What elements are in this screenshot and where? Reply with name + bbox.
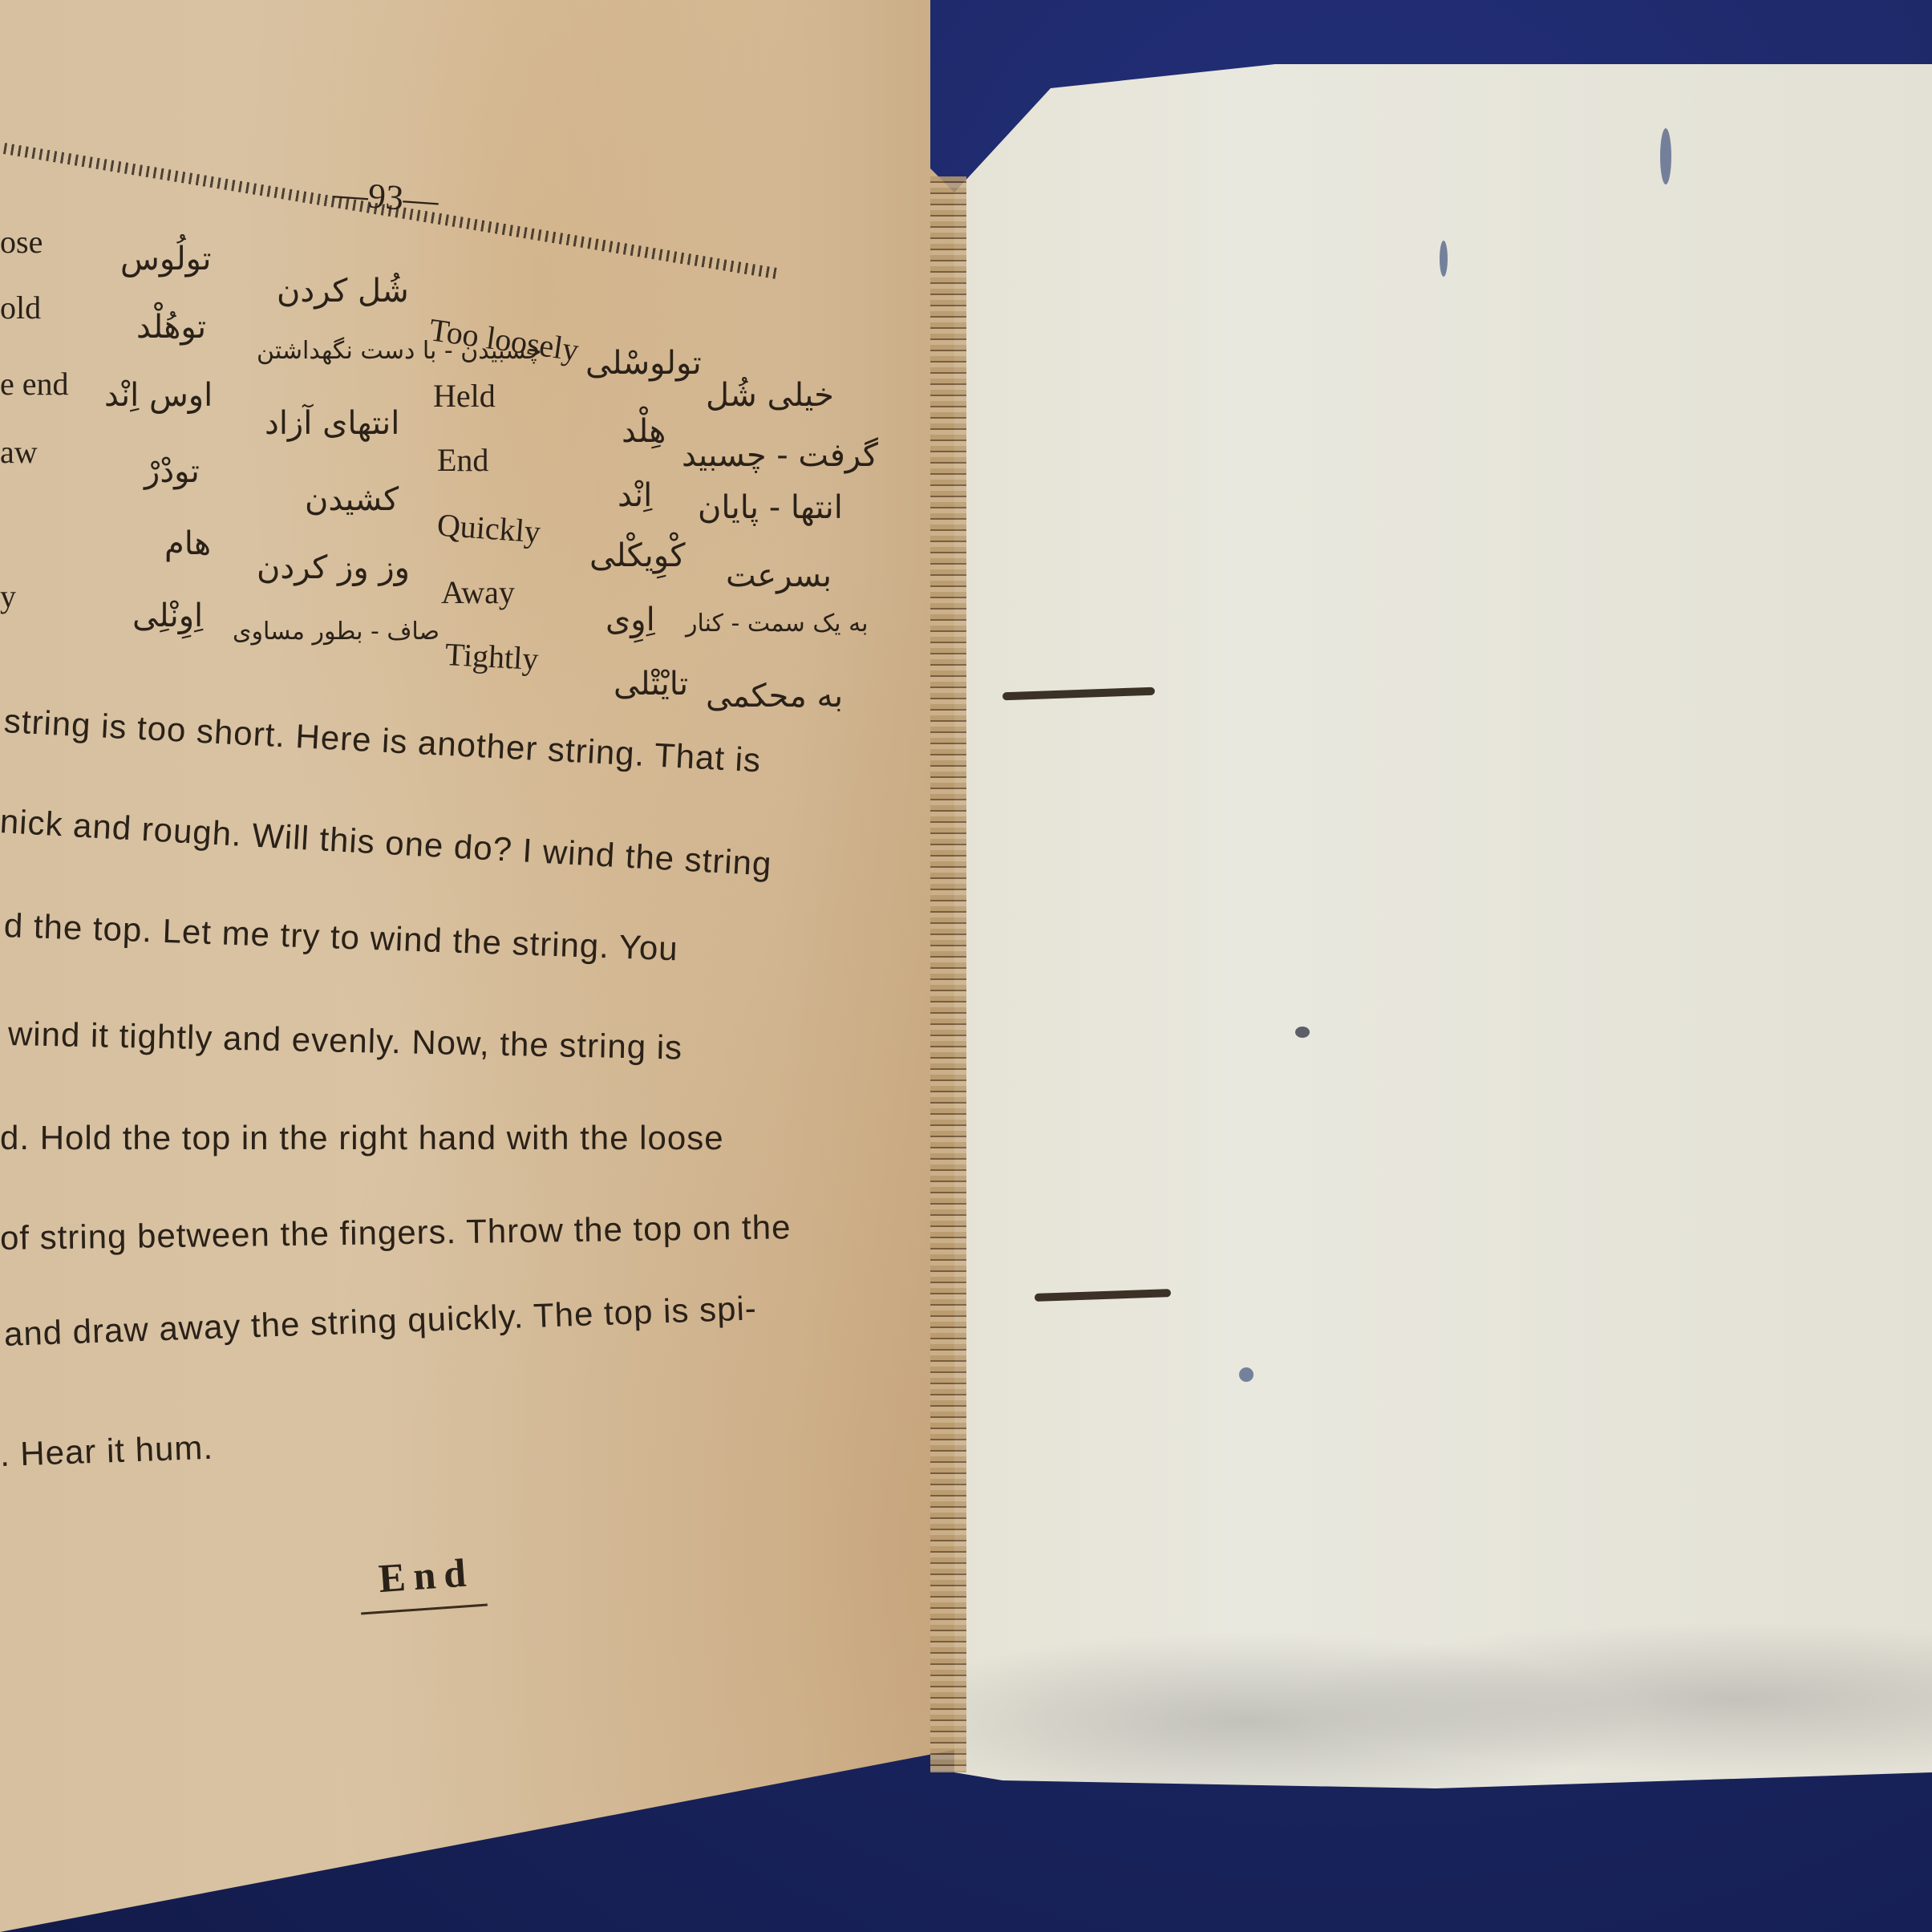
vocab-meaning: خیلی شُل [706,377,834,414]
vocab-transliteration: تودْرْ [144,453,200,490]
page-number: —93— [331,172,439,221]
ink-spot [1239,1367,1254,1382]
vocab-transliteration: اِنْد [618,477,652,514]
ink-spot [1295,1027,1310,1038]
end-heading: End [377,1549,476,1602]
vocab-meaning: گرفت - چسبید [682,437,878,474]
vocab-english: y [0,577,16,615]
vocab-english: e end [0,365,69,403]
vocab-english: Tightly [444,635,540,678]
ink-spot [1440,241,1448,277]
vocab-english: ose [0,223,43,261]
vocab-meaning: به یک سمت - کنار [686,610,869,638]
vocab-transliteration: تولُوس [120,241,211,277]
vocab-meaning: وز وز کردن [257,549,410,586]
left-book-page [0,0,974,1932]
vocab-transliteration: اوس اِنْد [104,377,213,414]
vocab-meaning: کشیدن [305,481,399,518]
vocab-meaning: انتهای آزاد [265,405,399,442]
vocab-english: Held [433,377,496,415]
vocab-transliteration: تولوسْلی [585,345,702,382]
vocab-transliteration: کْوِیکْلی [589,537,686,574]
right-blank-endpaper [954,64,1932,1788]
vocab-meaning: به محکمی [706,678,843,715]
vocab-transliteration: اِوِنْلِی [132,597,203,634]
vocab-meaning: شُل کردن [277,273,409,310]
body-text-line: . Hear it hum. [0,1428,214,1474]
vocab-transliteration: هِلْد [622,413,666,450]
vocab-english: End [437,441,488,479]
vocab-english: Away [441,573,515,611]
vocab-transliteration: اِوِی [606,601,655,638]
ink-spot [1660,128,1671,184]
vocab-meaning: صاف - بطور مساوی [233,618,439,646]
vocab-english: Quickly [436,506,542,551]
vocab-transliteration: توهُلْد [136,309,206,346]
body-text-line: d. Hold the top in the right hand with t… [0,1119,724,1157]
vocab-meaning: انتها - پایان [698,489,843,526]
vocab-english: aw [0,433,38,471]
vocab-transliteration: تایْتْلی [614,666,688,703]
vocab-meaning: بسرعت [726,557,832,594]
book-spine-stitching [930,176,966,1772]
vocab-transliteration: هام [164,525,211,562]
vocab-english: old [0,289,41,326]
